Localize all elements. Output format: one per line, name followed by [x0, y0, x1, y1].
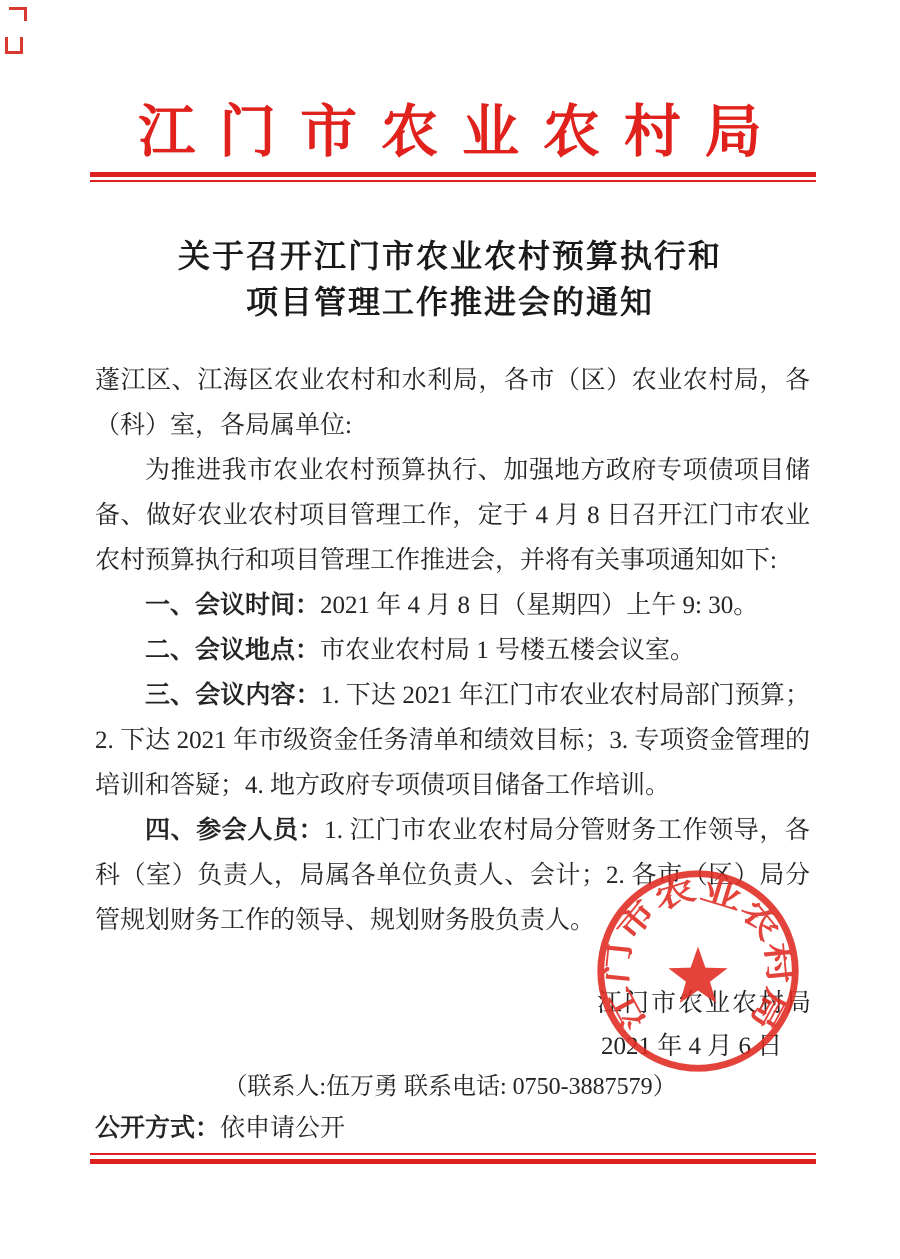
item-meeting-attendees: 四、参会人员：1. 江门市农业农村局分管财务工作领导，各科（室）负责人，局属各单…	[95, 808, 810, 943]
item-label: 一、会议时间：	[145, 591, 320, 619]
disclosure-label: 公开方式：	[95, 1114, 220, 1142]
signature-agency: 江门市农业农村局	[597, 983, 813, 1019]
item-meeting-time: 一、会议时间：2021 年 4 月 8 日（星期四）上午 9: 30。	[95, 583, 810, 628]
letterhead-agency-name: 江门市农业农村局	[0, 86, 900, 168]
scan-artifact-top-left-1	[9, 7, 27, 21]
footer-rule-thick	[90, 1159, 816, 1164]
item-text: 2021 年 4 月 8 日（星期四）上午 9: 30。	[320, 592, 758, 619]
signature-date: 2021 年 4 月 6 日	[601, 1026, 782, 1062]
disclosure-line: 公开方式：依申请公开	[95, 1108, 345, 1144]
contact-line: （联系人:伍万勇 联系电话: 0750-3887579）	[0, 1066, 900, 1101]
intro-paragraph: 为推进我市农业农村预算执行、加强地方政府专项债项目储备、做好农业农村项目管理工作…	[95, 448, 810, 583]
document-page: 江门市农业农村局 关于召开江门市农业农村预算执行和 项目管理工作推进会的通知 蓬…	[0, 0, 900, 1259]
item-text: 市农业农村局 1 号楼五楼会议室。	[320, 637, 695, 664]
scan-artifact-top-left-2	[5, 37, 23, 54]
item-meeting-place: 二、会议地点：市农业农村局 1 号楼五楼会议室。	[95, 628, 810, 673]
item-label: 四、参会人员：	[145, 816, 324, 844]
document-title: 关于召开江门市农业农村预算执行和 项目管理工作推进会的通知	[0, 233, 900, 325]
item-label: 三、会议内容：	[145, 681, 321, 709]
salutation-paragraph: 蓬江区、江海区农业农村和水利局，各市（区）农业农村局，各（科）室，各局属单位:	[95, 358, 810, 448]
footer-rule-thin	[90, 1153, 816, 1155]
document-title-line1: 关于召开江门市农业农村预算执行和	[0, 233, 900, 279]
letterhead-rule-thick	[90, 172, 816, 177]
disclosure-value: 依申请公开	[220, 1115, 345, 1142]
document-title-line2: 项目管理工作推进会的通知	[0, 279, 900, 325]
item-meeting-content: 三、会议内容：1. 下达 2021 年江门市农业农村局部门预算；2. 下达 20…	[95, 673, 810, 808]
item-label: 二、会议地点：	[145, 636, 320, 664]
letterhead-rule-thin	[90, 180, 816, 182]
document-body: 蓬江区、江海区农业农村和水利局，各市（区）农业农村局，各（科）室，各局属单位: …	[95, 358, 810, 943]
